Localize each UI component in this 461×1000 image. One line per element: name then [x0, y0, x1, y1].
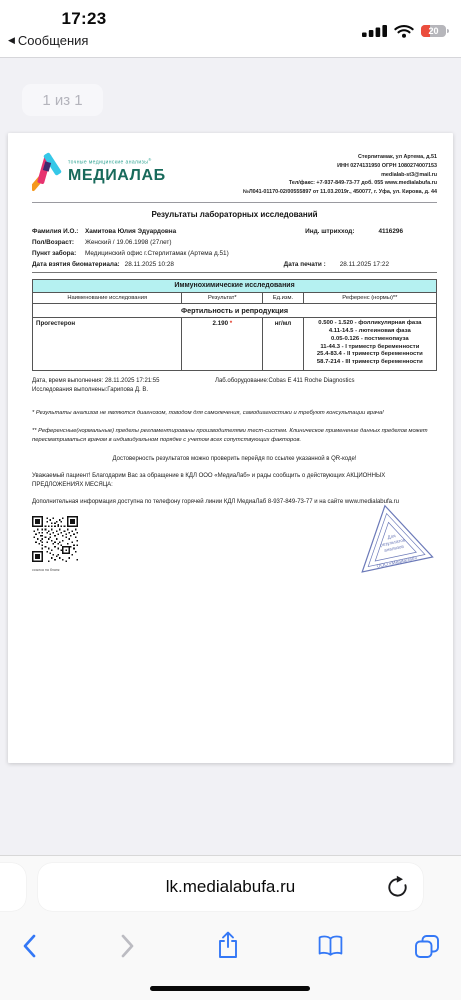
test-result: 2.190 *	[182, 317, 263, 370]
back-button[interactable]	[22, 934, 36, 963]
adjacent-tab-peek[interactable]	[0, 863, 26, 911]
share-icon	[216, 930, 240, 960]
back-triangle-icon: ◀	[8, 36, 15, 45]
reference-ranges: 0.500 - 1.520 - фолликулярная фаза 4.11-…	[303, 317, 436, 370]
barcode-value: 4116296	[354, 228, 403, 235]
table-group-title: Фертильность и репродукция	[33, 303, 437, 317]
status-icons: 20	[362, 24, 449, 38]
home-indicator[interactable]	[150, 986, 310, 991]
table-section-title: Иммунохимические исследования	[33, 279, 437, 292]
sex-age-value: Женский / 19.06.1998 (27лет)	[85, 239, 172, 246]
sex-age-label: Пол/Возраст:	[32, 239, 85, 246]
performed-datetime: Дата, время выполнения: 28.11.2025 17:21…	[32, 378, 215, 384]
patient-name-label: Фамилия И.О.:	[32, 228, 85, 235]
reload-icon	[387, 875, 408, 899]
collection-site-value: Медицинский офис г.Стерлитамак (Артема д…	[85, 250, 229, 257]
lab-equipment: Лаб.оборудование:Cobas E 411 Roche Diagn…	[215, 378, 354, 384]
cellular-signal-icon	[362, 25, 387, 37]
bookmarks-button[interactable]	[317, 934, 344, 963]
performed-by: Исследования выполнены:Гарипова Д. В.	[32, 387, 437, 393]
document-header: точные медицинские анализы® МЕДИАЛАБ Сте…	[32, 150, 437, 197]
wifi-icon	[394, 24, 414, 38]
barcode-label: Инд. штрихход:	[305, 228, 354, 235]
page-indicator: 1 из 1	[22, 84, 103, 116]
overlapping-squares-icon	[414, 934, 440, 959]
medialab-logo-icon	[32, 150, 64, 192]
collected-value: 28.11.2025 10:28	[125, 261, 174, 268]
col-header-result: Результат*	[182, 292, 263, 303]
tabs-button[interactable]	[414, 934, 440, 964]
document-page: точные медицинские анализы® МЕДИАЛАБ Сте…	[8, 133, 453, 763]
contact-line: medialab-st3@mail.ru	[243, 171, 437, 180]
qr-caption: ссылка на бланк	[32, 568, 78, 572]
test-name: Прогестерон	[33, 317, 182, 370]
safari-bottom-bar: lk.medialabufa.ru	[0, 855, 461, 1000]
battery-icon: 20	[421, 25, 449, 38]
execution-meta: Дата, время выполнения: 28.11.2025 17:21…	[32, 378, 437, 384]
reference-line: 58.7-214 - III триместр беременности	[305, 359, 435, 367]
reference-line: 0.500 - 1.520 - фолликулярная фаза	[305, 320, 435, 328]
share-button[interactable]	[216, 930, 240, 965]
chevron-left-icon	[22, 934, 36, 958]
table-row: Прогестерон 2.190 * нг/мл 0.500 - 1.520 …	[33, 317, 437, 370]
header-divider	[32, 202, 437, 203]
col-header-unit: Ед.изм.	[263, 292, 303, 303]
forward-button[interactable]	[121, 934, 135, 963]
reload-button[interactable]	[387, 875, 408, 904]
logo-tagline: точные медицинские анализы®	[68, 157, 166, 166]
reference-line: 4.11-14.5 - лютеиновая фаза	[305, 328, 435, 336]
qr-verification-note: Достоверность результатов можно проверит…	[32, 456, 437, 462]
qr-block: ссылка на бланк	[32, 516, 78, 572]
patient-info: Фамилия И.О.: Хамитова Юлия Эдуардовна И…	[32, 228, 437, 273]
triangular-stamp-icon: Для результатов анализов ООО «МедиаЛаб»	[349, 500, 435, 578]
status-bar: 17:23 ◀ Сообщения 20	[0, 0, 461, 58]
back-app-label: Сообщения	[18, 33, 89, 48]
printed-label: Дата печати :	[284, 261, 326, 268]
contact-line: ИНН 0274131950 ОГРН 1080274007153	[243, 162, 437, 171]
back-to-app-button[interactable]: ◀ Сообщения	[8, 33, 88, 48]
logo-name: МЕДИАЛАБ	[68, 167, 166, 185]
col-header-reference: Референс (нормы)**	[303, 292, 436, 303]
medialab-logo: точные медицинские анализы® МЕДИАЛАБ	[32, 150, 166, 192]
reference-line: 0.05-0.126 - постменопауза	[305, 336, 435, 344]
disclaimer-note-1: * Результаты анализов не являются диагно…	[32, 409, 437, 418]
chevron-right-icon	[121, 934, 135, 958]
col-header-test: Наименование исследования	[33, 292, 182, 303]
collection-site-label: Пункт забора:	[32, 250, 85, 257]
lab-stamp: Для результатов анализов ООО «МедиаЛаб»	[349, 500, 435, 583]
printed-value: 28.11.2025 17:22	[326, 261, 389, 268]
address-bar[interactable]: lk.medialabufa.ru	[38, 863, 423, 911]
test-unit: нг/мл	[263, 317, 303, 370]
url-text: lk.medialabufa.ru	[166, 877, 295, 897]
stamp-org: ООО «МедиаЛаб»	[376, 555, 418, 570]
disclaimer-note-2: ** Референсные(нормальные) пределы регла…	[32, 427, 437, 445]
lab-contact-block: Стерлитамак, ул Артема, д.51 ИНН 0274131…	[243, 150, 437, 197]
contact-line: Стерлитамак, ул Артема, д.51	[243, 153, 437, 162]
abnormal-flag: *	[230, 320, 232, 327]
contact-line: Тел/факс: +7-937-849-73-77 доб. 055 www.…	[243, 179, 437, 188]
thanks-text: Уважаемый пациент! Благодарим Вас за обр…	[32, 472, 437, 490]
qr-code-icon	[32, 516, 78, 562]
document-title: Результаты лабораторных исследований	[32, 210, 437, 219]
results-table: Иммунохимические исследования Наименован…	[32, 279, 437, 371]
open-book-icon	[317, 934, 344, 958]
collected-label: Дата взятия биоматериала:	[32, 261, 120, 268]
contact-line: №Л041-01170-02/00555897 от 11.03.2019г.,…	[243, 188, 437, 197]
patient-name: Хамитова Юлия Эдуардовна	[85, 228, 176, 235]
battery-percent: 20	[421, 25, 446, 38]
clock: 17:23	[48, 9, 120, 29]
battery-nub	[447, 29, 449, 34]
